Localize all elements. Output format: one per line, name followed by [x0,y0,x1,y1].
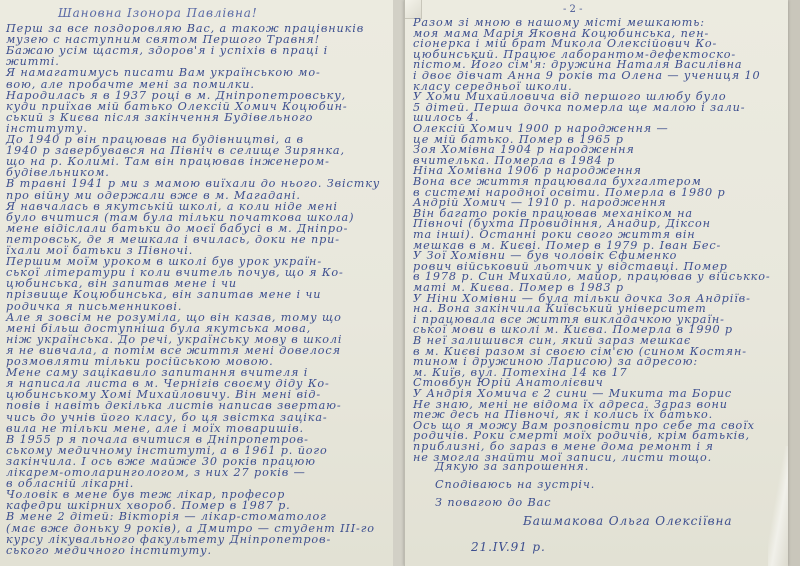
handwritten-line: ського медичного інституту. [6,544,212,557]
handwritten-line: З повагою до Вас [435,496,551,509]
signature: Башмакова Ольга Олексіївна [523,514,732,528]
salutation: Шановна Ізонора Павлівна! [58,6,258,20]
handwritten-line: Дякую за запрошення. [435,460,589,473]
page-fold [768,446,788,566]
page-gap [393,0,404,566]
date: 21.IV.91 р. [471,540,546,554]
letter-page-1: Шановна Ізонора Павлівна! Перш за все по… [0,0,393,566]
page-number: - 2 - [563,4,582,15]
handwritten-line: Сподіваюсь на зустріч. [435,478,595,491]
letter-page-2: - 2 - Разом зі мною в нашому місті мешка… [404,0,788,566]
